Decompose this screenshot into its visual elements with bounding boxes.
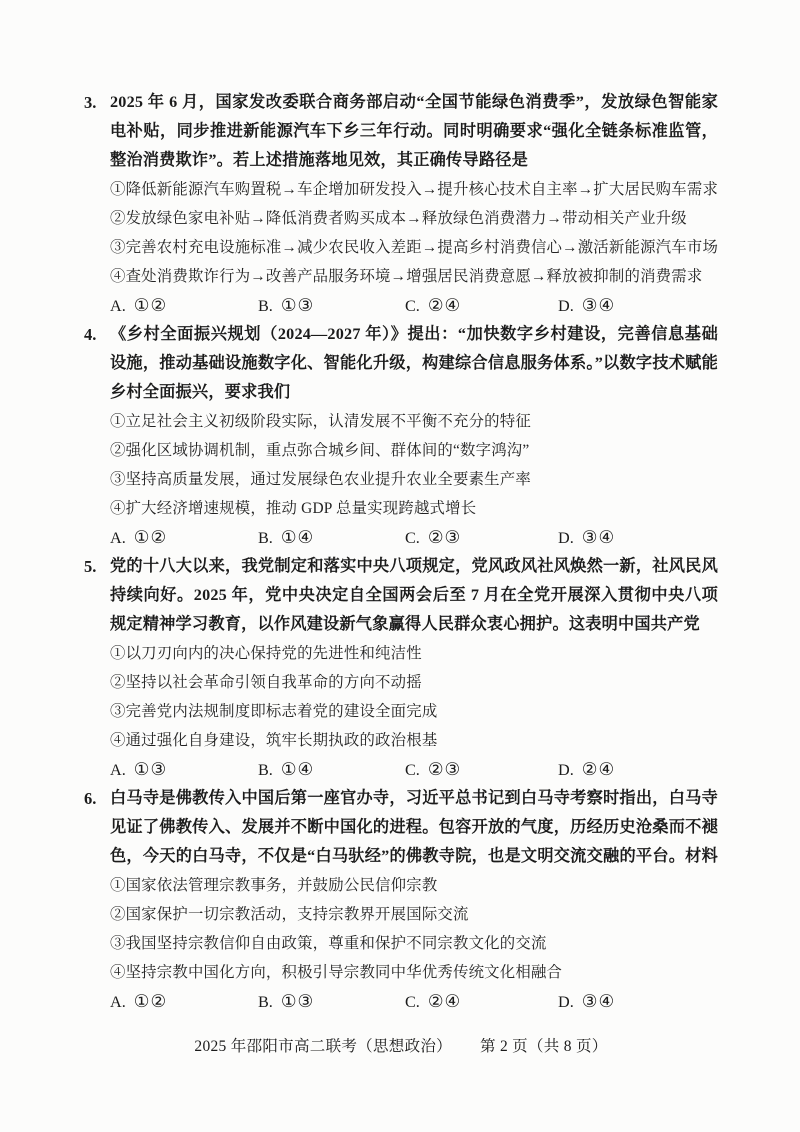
question-block-5: 5. 党的十八大以来，我党制定和落实中央八项规定，党风政风社风焕然一新，社风民风… (84, 552, 718, 784)
question-item-2: ②国家保护一切宗教活动，支持宗教界开展国际交流 (110, 900, 718, 929)
option-d: D.③④ (558, 523, 718, 553)
question-number: 4. (84, 320, 110, 349)
footer-page-number: 第 2 页（共 8 页） (480, 1038, 608, 1055)
exam-paper-page: 3. 2025 年 6 月，国家发改委联合商务部启动“全国节能绿色消费季”，发放… (0, 0, 800, 1132)
question-stem-row: 5. 党的十八大以来，我党制定和落实中央八项规定，党风政风社风焕然一新，社风民风… (84, 552, 718, 639)
option-value: ①② (134, 527, 167, 547)
question-number: 6. (84, 784, 110, 813)
page-content: 3. 2025 年 6 月，国家发改委联合商务部启动“全国节能绿色消费季”，发放… (0, 0, 800, 1061)
question-item-1: ①国家依法管理宗教事务，并鼓励公民信仰宗教 (110, 871, 718, 900)
question-block-6: 6. 白马寺是佛教传入中国后第一座官办寺，习近平总书记到白马寺考察时指出，白马寺… (84, 784, 718, 1016)
option-label: D. (558, 761, 574, 779)
options-row: A.①② B.①④ C.②③ D.③④ (110, 523, 718, 552)
option-label: B. (258, 529, 273, 547)
question-stem-row: 4. 《乡村全面振兴规划（2024—2027 年）》提出：“加快数字乡村建设，完… (84, 320, 718, 407)
option-label: B. (258, 993, 273, 1011)
options-row: A.①② B.①③ C.②④ D.③④ (110, 291, 718, 320)
footer-exam-title: 2025 年邵阳市高二联考（思想政治） (194, 1038, 452, 1055)
question-stem: 党的十八大以来，我党制定和落实中央八项规定，党风政风社风焕然一新，社风民风持续向… (110, 552, 718, 639)
option-value: ①③ (281, 991, 314, 1011)
option-b: B.①④ (258, 523, 405, 553)
option-value: ②③ (428, 759, 461, 779)
question-stem-row: 6. 白马寺是佛教传入中国后第一座官办寺，习近平总书记到白马寺考察时指出，白马寺… (84, 784, 718, 871)
question-item-3: ③我国坚持宗教信仰自由政策，尊重和保护不同宗教文化的交流 (110, 929, 718, 958)
option-a: A.①② (110, 523, 258, 553)
option-label: A. (110, 993, 126, 1011)
question-block-4: 4. 《乡村全面振兴规划（2024—2027 年）》提出：“加快数字乡村建设，完… (84, 320, 718, 552)
option-label: C. (405, 993, 420, 1011)
option-value: ③④ (582, 527, 615, 547)
option-label: A. (110, 529, 126, 547)
option-a: A.①② (110, 291, 258, 321)
option-d: D.③④ (558, 291, 718, 321)
option-a: A.①③ (110, 755, 258, 785)
question-stem-row: 3. 2025 年 6 月，国家发改委联合商务部启动“全国节能绿色消费季”，发放… (84, 88, 718, 175)
option-label: B. (258, 761, 273, 779)
question-item-3: ③完善农村充电设施标准→减少农民收入差距→提高乡村消费信心→激活新能源汽车市场 (110, 233, 718, 262)
option-d: D.③④ (558, 987, 718, 1017)
option-value: ②④ (582, 759, 615, 779)
option-value: ①④ (281, 759, 314, 779)
option-a: A.①② (110, 987, 258, 1017)
question-item-2: ②强化区域协调机制，重点弥合城乡间、群体间的“数字鸿沟” (110, 436, 718, 465)
question-stem: 白马寺是佛教传入中国后第一座官办寺，习近平总书记到白马寺考察时指出，白马寺见证了… (110, 784, 718, 871)
question-stem: 《乡村全面振兴规划（2024—2027 年）》提出：“加快数字乡村建设，完善信息… (110, 320, 718, 407)
question-item-2: ②发放绿色家电补贴→降低消费者购买成本→释放绿色消费潜力→带动相关产业升级 (110, 204, 718, 233)
option-label: A. (110, 297, 126, 315)
option-b: B.①③ (258, 291, 405, 321)
option-c: C.②④ (405, 987, 558, 1017)
option-value: ②④ (428, 991, 461, 1011)
option-value: ①④ (281, 527, 314, 547)
option-label: C. (405, 761, 420, 779)
question-block-3: 3. 2025 年 6 月，国家发改委联合商务部启动“全国节能绿色消费季”，发放… (84, 88, 718, 320)
option-label: B. (258, 297, 273, 315)
option-b: B.①④ (258, 755, 405, 785)
option-label: C. (405, 529, 420, 547)
question-item-1: ①立足社会主义初级阶段实际，认清发展不平衡不充分的特征 (110, 407, 718, 436)
option-c: C.②③ (405, 523, 558, 553)
question-item-4: ④扩大经济增速规模，推动 GDP 总量实现跨越式增长 (110, 494, 718, 523)
option-value: ②③ (428, 527, 461, 547)
options-row: A.①② B.①③ C.②④ D.③④ (110, 987, 718, 1016)
question-item-3: ③坚持高质量发展，通过发展绿色农业提升农业全要素生产率 (110, 465, 718, 494)
question-item-4: ④查处消费欺诈行为→改善产品服务环境→增强居民消费意愿→释放被抑制的消费需求 (110, 262, 718, 291)
option-value: ①③ (134, 759, 167, 779)
option-label: D. (558, 297, 574, 315)
question-number: 3. (84, 88, 110, 117)
option-b: B.①③ (258, 987, 405, 1017)
page-footer: 2025 年邵阳市高二联考（思想政治）第 2 页（共 8 页） (84, 1032, 718, 1061)
option-value: ①③ (281, 295, 314, 315)
question-item-1: ①降低新能源汽车购置税→车企增加研发投入→提升核心技术自主率→扩大居民购车需求 (110, 175, 718, 204)
option-label: C. (405, 297, 420, 315)
option-label: D. (558, 529, 574, 547)
question-item-2: ②坚持以社会革命引领自我革命的方向不动摇 (110, 668, 718, 697)
question-item-3: ③完善党内法规制度即标志着党的建设全面完成 (110, 697, 718, 726)
options-row: A.①③ B.①④ C.②③ D.②④ (110, 755, 718, 784)
question-stem: 2025 年 6 月，国家发改委联合商务部启动“全国节能绿色消费季”，发放绿色智… (110, 88, 718, 175)
option-d: D.②④ (558, 755, 718, 785)
option-label: D. (558, 993, 574, 1011)
option-c: C.②③ (405, 755, 558, 785)
option-value: ②④ (428, 295, 461, 315)
question-number: 5. (84, 552, 110, 581)
question-item-1: ①以刀刃向内的决心保持党的先进性和纯洁性 (110, 639, 718, 668)
option-c: C.②④ (405, 291, 558, 321)
question-item-4: ④坚持宗教中国化方向，积极引导宗教同中华优秀传统文化相融合 (110, 958, 718, 987)
option-value: ①② (134, 295, 167, 315)
option-label: A. (110, 761, 126, 779)
option-value: ①② (134, 991, 167, 1011)
question-item-4: ④通过强化自身建设，筑牢长期执政的政治根基 (110, 726, 718, 755)
option-value: ③④ (582, 991, 615, 1011)
option-value: ③④ (582, 295, 615, 315)
